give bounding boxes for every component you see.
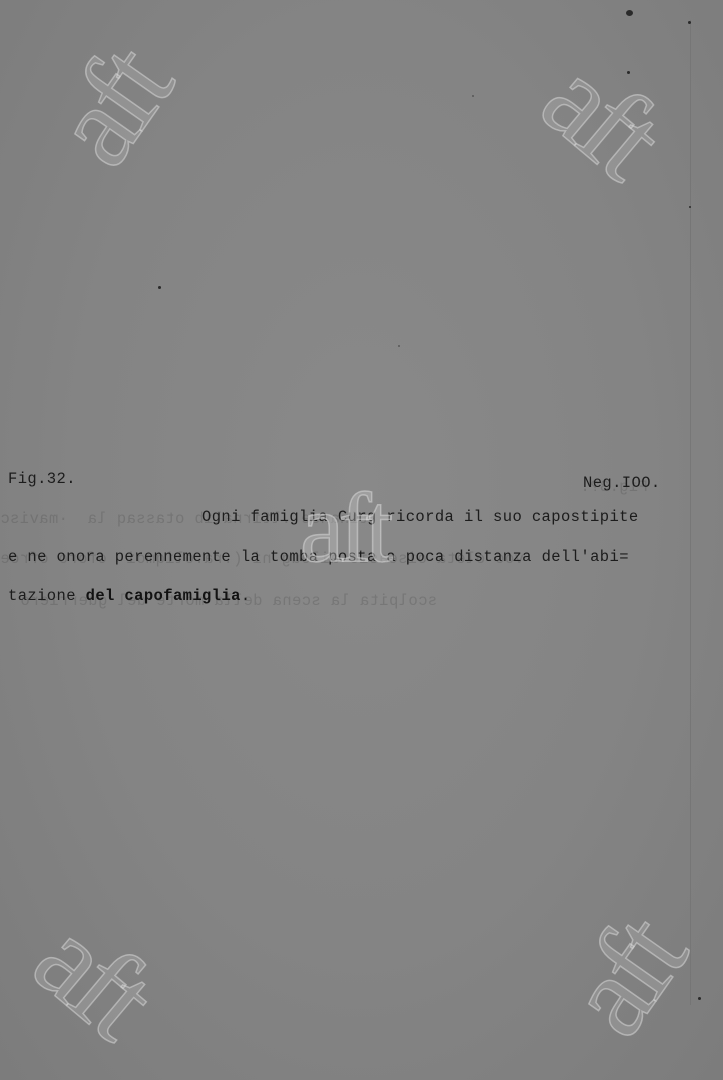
dust-speck [626,10,633,16]
dust-speck [398,345,400,347]
watermark-center: aft [300,478,387,578]
watermark-bottom-right: aft [546,900,704,1055]
caption-line-3-start: tazione [8,587,86,605]
dust-speck [472,95,474,97]
dust-speck [158,286,161,289]
watermark-top-left: aft [32,30,190,185]
negative-label: Neg.IOO. [583,474,661,492]
page-edge-line [690,20,691,1005]
watermark-bottom-left: aft [15,898,172,1057]
dust-speck [698,997,701,1000]
caption-end-punctuation: . [241,587,251,605]
dust-speck [688,21,691,24]
watermark-top-right: aft [523,38,680,197]
caption-line-1: Ogni famiglia Curg ricorda il suo capost… [202,508,639,526]
dust-speck [689,206,691,208]
figure-label: Fig.32. [8,470,76,488]
scanned-page: aft aft aft aft tinanse .ltirnalib otass… [0,0,723,1080]
caption-bold-text: del capofamiglia [86,587,241,605]
caption-line-3: tazione del capofamiglia. [8,587,251,605]
